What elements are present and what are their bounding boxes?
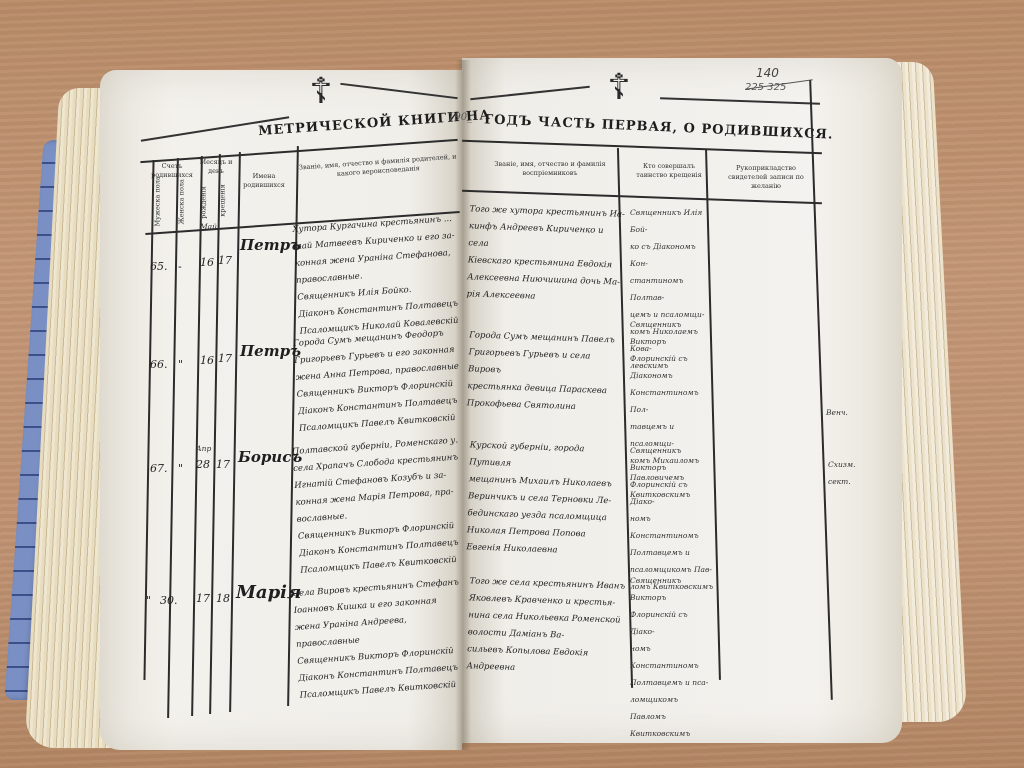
entry-baptized-day: 18 [216,590,230,607]
entry-number: 65. [150,258,168,275]
entry-female-count: 30. [160,592,178,609]
entry-godparents: Курской губерніи, города Путивля мещанин… [466,437,626,561]
margin-note: Схизм. сект. [828,456,868,490]
year-handwritten: 190_ [448,112,472,123]
double-headed-eagle-icon: ☦ [300,70,342,114]
entry-godparents: Того же села крестьянинъ Иванъ Яковлевъ … [466,573,625,680]
header-godparents: Званіе, имя, отчество и фамилія воспріем… [480,160,620,178]
header-born: рожденія [200,183,209,223]
entry-godparents: Того же хутора крестьянинъ Иа- кинфъ Анд… [466,201,625,308]
entry-child-name: Петръ [240,236,301,254]
double-headed-eagle-icon: ☦ [598,66,640,110]
entry-female-count: " [178,356,183,373]
entry-godparents: Города Сумъ мещанинъ Павелъ Григорьевъ Г… [467,327,626,417]
entry-month: Май [200,218,217,235]
header-names: Имена родившихся [236,172,292,190]
entry-female-count: " [178,460,183,477]
entry-parents: Хутора Кургачина крестьянинъ ... тай Мат… [292,210,470,341]
header-sacrament-by: Кто совершалъ таинство крещенія [628,162,710,180]
entry-female-count: - [178,258,182,275]
entry-sacrament-by: Священникъ Викторъ Флоринскій съ Діако- … [630,572,714,742]
entry-number: 66. [150,356,168,373]
entry-child-name: Петръ [240,342,301,360]
entry-baptized-day: 17 [218,350,232,367]
entry-parents: Села Вировъ крестьянинъ Стефанъ Іоанновъ… [292,574,470,705]
entry-parents: Полтавской губерніи, Роменскаго у. села … [291,432,470,580]
header-female: Женска пола [178,185,187,225]
entry-born-day: 28 [196,456,210,473]
header-witness-signatures: Рукоприкладство свидетелей записи по жел… [716,164,816,191]
header-month-day: Месяцъ и день [198,158,234,176]
margin-note: Венч. [826,404,848,421]
entry-baptized-day: 17 [216,456,230,473]
header-male: Мужеска пола [154,187,163,227]
entry-born-day: 16 [200,352,214,369]
entry-parents: Города Сумъ мещанинъ Феодоръ Григорьевъ … [293,324,470,438]
page-number: 140 [756,66,779,80]
entry-number: " [146,592,151,609]
entry-born-day: 16 [200,254,214,271]
entry-baptized-day: 17 [218,252,232,269]
entry-number: 67. [150,460,168,477]
header-baptized: крещенія [219,181,228,221]
open-register-book: ☦ ☦ МЕТРИЧЕСКОЙ КНИГИ НА 190_ ГОДЪ ЧАСТЬ… [0,0,1024,768]
entry-born-day: 17 [196,590,210,607]
entry-month: Апр [196,440,211,457]
